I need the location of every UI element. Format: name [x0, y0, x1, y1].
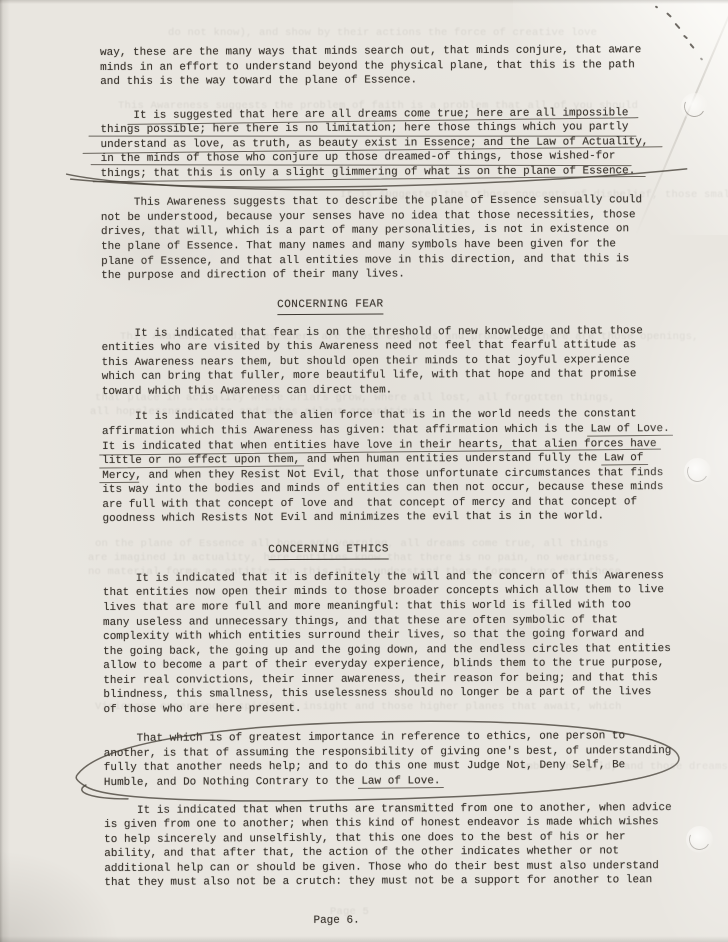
text-segment: affirmation which this Awareness has giv… — [102, 423, 591, 438]
ink-speck — [700, 57, 704, 61]
hole-punch-mark — [686, 826, 713, 853]
text-segment: drives, that will, which is a part of ma… — [101, 224, 629, 239]
text-segment: It is indicated that it is definitely th… — [103, 570, 664, 585]
text-segment: the plane of Essence. That many names an… — [101, 238, 616, 253]
bleedthrough-text: do not know), and show by their actions … — [168, 26, 597, 40]
text-segment: This Awareness suggests that to describe… — [101, 195, 642, 210]
text-segment: are full with that concept of love and t… — [102, 496, 637, 511]
text-segment: blindness, this smallness, this uselessn… — [103, 686, 651, 701]
hand-underlined-text: things possible; here there is no limita… — [100, 121, 628, 136]
text-segment: Humble, and Do Nothing Contrary to the — [104, 776, 362, 789]
text-segment: which can bring that fuller, more beauti… — [102, 369, 637, 384]
text-segment: complexity with which entities surround … — [103, 628, 644, 643]
text-line: blindness, this smallness, this uselessn… — [103, 685, 681, 703]
text-segment: the going back, the going up and the goi… — [103, 643, 671, 658]
text-line: that they must also not be a crutch: the… — [104, 873, 682, 891]
hole-punch-mark — [684, 458, 711, 485]
text-segment: its way into the bodies and minds of ent… — [102, 481, 663, 496]
text-segment: lives that are more full and more meanin… — [103, 599, 631, 614]
circled-paragraph: That which is of greatest importance in … — [104, 729, 682, 790]
text-line: of those who are here present. — [103, 700, 681, 718]
text-segment: It is indicated that the alien force tha… — [102, 409, 637, 424]
text-line: goodness which Resists Not Evil and mini… — [102, 509, 680, 527]
text-segment: entities who are visited by this Awarene… — [102, 339, 637, 354]
section-heading: CONCERNING FEAR — [101, 296, 679, 316]
text-segment: , and when they Resist Not Evil, that th… — [135, 467, 663, 482]
ink-speck — [655, 5, 659, 8]
text-segment: and this is the way toward the plane of … — [100, 74, 417, 88]
text-segment: It is indicated that fear is on the thre… — [101, 325, 642, 340]
hand-underlined-text: It is indicated that when entities have … — [102, 438, 657, 453]
hand-underlined-text: Mercy — [102, 469, 135, 481]
text-line: and this is the way toward the plane of … — [100, 72, 678, 90]
text-segment: goodness which Resists Not Evil and mini… — [102, 511, 604, 526]
text-line: things possible; here there is no limita… — [100, 120, 678, 138]
typed-paragraph: It is indicated that fear is on the thre… — [101, 324, 679, 400]
text-segment: not be understood, because your senses h… — [101, 209, 636, 224]
hand-underlined-text: understand as love, as truth, as beauty … — [100, 136, 648, 151]
text-segment: is given from one to another; when this … — [104, 816, 659, 831]
ink-speck — [666, 12, 672, 18]
text-line: toward which this Awareness can direct t… — [102, 382, 680, 400]
typed-paragraph: way, these are the many ways that minds … — [100, 43, 678, 90]
text-segment: of those who are here present. — [103, 703, 301, 716]
section-heading-text: CONCERNING ETHICS — [268, 542, 389, 560]
text-line: Humble, and Do Nothing Contrary to the L… — [104, 773, 682, 791]
text-segment: that entities now open their minds to th… — [103, 584, 664, 599]
hand-underlined-text: in the minds of those who conjure up tho… — [101, 151, 616, 166]
typed-paragraph: It is indicated that it is definitely th… — [103, 569, 682, 717]
text-segment: way, these are the many ways that minds … — [100, 44, 641, 59]
ink-speck — [683, 35, 688, 40]
text-segment: minds in an effort to understand beyond … — [100, 59, 635, 74]
text-line: fully that another needs help; and to do… — [104, 758, 682, 776]
text-line: the purpose and direction of their many … — [101, 266, 679, 284]
text-segment: additional help can or should be given. … — [104, 860, 659, 875]
section-heading-text: CONCERNING FEAR — [277, 297, 384, 315]
text-segment: fully that another needs help; and to do… — [104, 760, 626, 775]
ink-speck — [689, 43, 694, 49]
typed-paragraph: It is indicated that the alien force tha… — [102, 407, 681, 526]
text-segment: that they must also not be a crutch: the… — [104, 874, 652, 889]
text-segment: many useless and unnecessary things, and… — [103, 614, 618, 629]
text-segment: allow to become a part of their everyday… — [103, 657, 664, 672]
text-segment: to help sincerely and unselfishly, that … — [104, 831, 626, 846]
text-segment: That which is of greatest importance in … — [104, 731, 626, 746]
text-segment: their real convictions, their inner awar… — [103, 672, 658, 687]
text-line: in the minds of those who conjure up tho… — [101, 149, 679, 167]
section-heading: CONCERNING ETHICS — [103, 541, 681, 561]
hand-underlined-text: Law of Love. — [361, 775, 440, 787]
scanned-page: do not know), and show by their actions … — [0, 0, 728, 942]
typed-paragraph: It is indicated that when truths are tra… — [104, 800, 682, 890]
text-segment: and when human entities understand fully… — [300, 452, 604, 466]
text-segment — [100, 109, 133, 121]
hand-underlined-text: things; that this is only a slight glimm… — [101, 165, 636, 180]
text-segment: toward which this Awareness can direct t… — [102, 384, 393, 398]
text-segment: this Awareness nears them, but should op… — [102, 354, 630, 369]
ink-speck — [674, 23, 680, 30]
hand-underlined-text: Law of — [604, 452, 644, 464]
text-line: which can bring that fuller, more beauti… — [102, 367, 680, 385]
hand-underlined-text: It is suggested that here are all dreams… — [133, 107, 628, 122]
text-segment: It is indicated that when truths are tra… — [104, 802, 672, 817]
typed-paragraph: It is suggested that here are all dreams… — [100, 106, 678, 182]
text-segment: ability, and that after that, the action… — [104, 845, 619, 860]
text-segment: plane of Essence, and that all entities … — [101, 253, 629, 268]
typed-paragraph: This Awareness suggests that to describe… — [101, 193, 679, 283]
page-number: Page 6. — [48, 912, 626, 930]
text-line: things; that this is only a slight glimm… — [101, 164, 679, 182]
text-segment: the purpose and direction of their many … — [101, 269, 405, 283]
hand-underlined-text: Law of Love. — [590, 423, 669, 435]
text-segment: another, is that of assuming the respons… — [104, 745, 672, 760]
typed-content: way, these are the many ways that minds … — [100, 43, 683, 929]
hand-underlined-text: little or no effect upon them, — [102, 454, 300, 467]
paragraphs-container: way, these are the many ways that minds … — [100, 43, 682, 891]
